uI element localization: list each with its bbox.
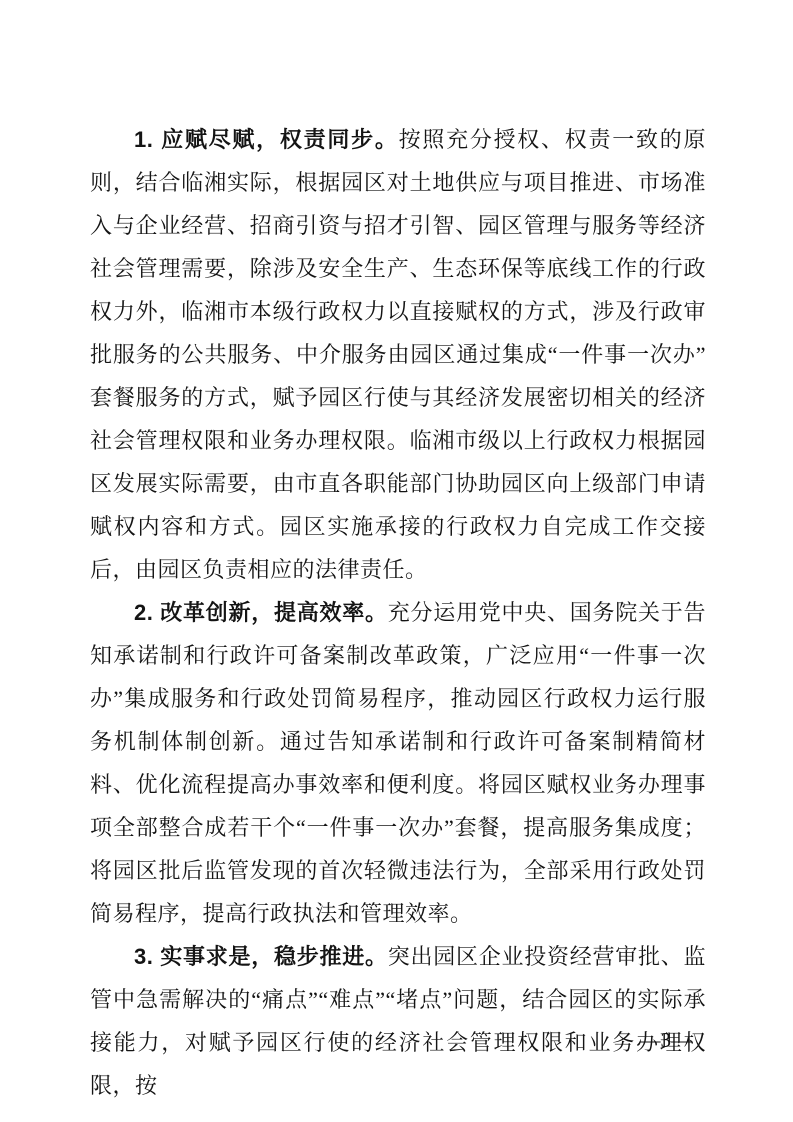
paragraph-3: 3. 实事求是，稳步推进。突出园区企业投资经营审批、监管中急需解决的“痛点”“难… xyxy=(90,935,706,1107)
paragraph-1: 1. 应赋尽赋，权责同步。按照充分授权、权责一致的原则，结合临湘实际，根据园区对… xyxy=(90,118,706,591)
page-number: —3— xyxy=(640,1028,693,1052)
paragraph-2: 2. 改革创新，提高效率。充分运用党中央、国务院关于告知承诺制和行政许可备案制改… xyxy=(90,591,706,935)
paragraph-3-heading: 3. 实事求是，稳步推进。 xyxy=(134,944,388,969)
document-body: 1. 应赋尽赋，权责同步。按照充分授权、权责一致的原则，结合临湘实际，根据园区对… xyxy=(90,118,706,1107)
paragraph-1-heading: 1. 应赋尽赋，权责同步。 xyxy=(134,127,399,152)
paragraph-1-body: 按照充分授权、权责一致的原则，结合临湘实际，根据园区对土地供应与项目推进、市场准… xyxy=(90,127,706,582)
document-page: 1. 应赋尽赋，权责同步。按照充分授权、权责一致的原则，结合临湘实际，根据园区对… xyxy=(0,0,793,1122)
paragraph-2-heading: 2. 改革创新，提高效率。 xyxy=(134,600,388,625)
paragraph-2-body: 充分运用党中央、国务院关于告知承诺制和行政许可备案制改革政策，广泛应用“一件事一… xyxy=(90,600,706,926)
